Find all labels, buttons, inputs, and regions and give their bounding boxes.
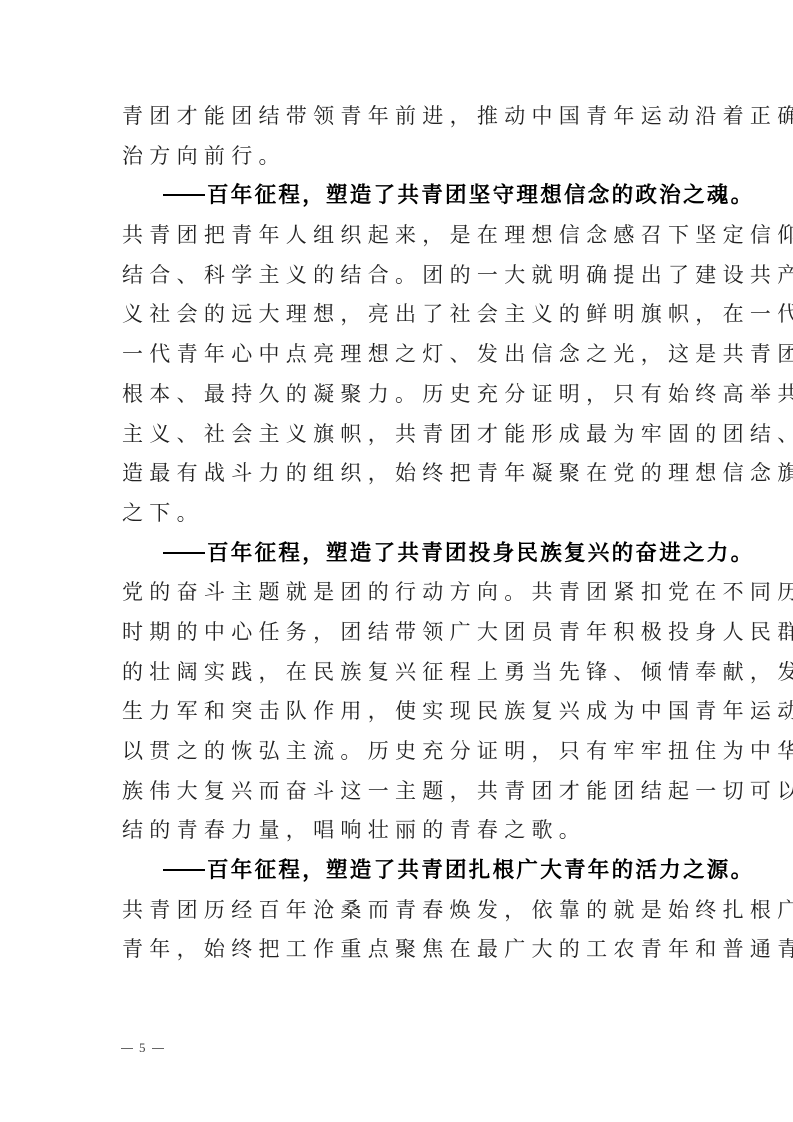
section-heading: 百年征程，塑造了共青团扎根广大青年的活力之源。 (122, 851, 682, 891)
text-line: 义社会的远大理想，亮出了社会主义的鲜明旗帜，在一代又 (122, 295, 682, 335)
text-line: 结的青春力量，唱响壮丽的青春之歌。 (122, 811, 682, 851)
section-heading-text: 百年征程，塑造了共青团投身民族复兴的奋进之力。 (207, 541, 754, 566)
em-dash-rule (163, 194, 205, 196)
text-line: 结合、科学主义的结合。团的一大就明确提出了建设共产主 (122, 256, 682, 296)
document-page-body: 青团才能团结带领青年前进，推动中国青年运动沿着正确政 治方向前行。 百年征程，塑… (122, 97, 682, 970)
section-heading: 百年征程，塑造了共青团投身民族复兴的奋进之力。 (122, 534, 682, 574)
text-line: 生力军和突击队作用，使实现民族复兴成为中国青年运动一 (122, 692, 682, 732)
text-line: 党的奋斗主题就是团的行动方向。共青团紧扣党在不同历史 (122, 573, 682, 613)
text-line: 治方向前行。 (122, 137, 682, 177)
em-dash-rule (163, 552, 205, 554)
section-heading-text: 百年征程，塑造了共青团坚守理想信念的政治之魂。 (207, 183, 754, 208)
em-dash-rule (163, 869, 205, 871)
text-line: 一代青年心中点亮理想之灯、发出信念之光，这是共青团最 (122, 335, 682, 375)
text-line: 族伟大复兴而奋斗这一主题，共青团才能团结起一切可以团 (122, 772, 682, 812)
text-line: 时期的中心任务，团结带领广大团员青年积极投身人民群众 (122, 613, 682, 653)
text-line: 根本、最持久的凝聚力。历史充分证明，只有始终高举共产 (122, 375, 682, 415)
section-heading: 百年征程，塑造了共青团坚守理想信念的政治之魂。 (122, 176, 682, 216)
text-line: 以贯之的恢弘主流。历史充分证明，只有牢牢扭住为中华民 (122, 732, 682, 772)
text-line: 造最有战斗力的组织，始终把青年凝聚在党的理想信念旗帜 (122, 454, 682, 494)
text-line: 的壮阔实践，在民族复兴征程上勇当先锋、倾情奉献，发挥 (122, 653, 682, 693)
text-line: 共青团把青年人组织起来，是在理想信念感召下坚定信仰的 (122, 216, 682, 256)
text-line: 青团才能团结带领青年前进，推动中国青年运动沿着正确政 (122, 97, 682, 137)
page-number-left-rule (121, 1048, 133, 1049)
text-line: 之下。 (122, 494, 682, 534)
text-line: 主义、社会主义旗帜，共青团才能形成最为牢固的团结、锻 (122, 415, 682, 455)
page-number-right-rule (152, 1048, 164, 1049)
page-number: 5 (121, 1040, 164, 1056)
page-number-value: 5 (139, 1040, 146, 1056)
text-line: 共青团历经百年沧桑而青春焕发，依靠的就是始终扎根广大 (122, 891, 682, 931)
section-heading-text: 百年征程，塑造了共青团扎根广大青年的活力之源。 (207, 858, 754, 883)
text-line: 青年，始终把工作重点聚焦在最广大的工农青年和普通青年 (122, 930, 682, 970)
